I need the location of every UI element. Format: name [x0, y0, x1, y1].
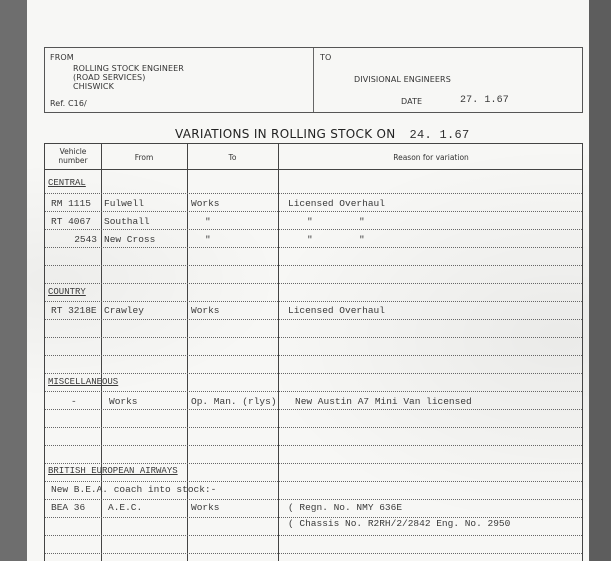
- from-cell: New Cross: [104, 234, 155, 245]
- row-rule: [45, 355, 582, 356]
- row-rule: [45, 301, 582, 302]
- memo-divider: [313, 48, 314, 112]
- header-from: From: [101, 153, 187, 162]
- date-label: DATE: [401, 97, 422, 106]
- row-rule: [45, 265, 582, 266]
- scan-edge: [589, 0, 611, 561]
- reason-ditto: ": [359, 234, 365, 245]
- from-cell: Southall: [104, 216, 150, 227]
- section-country: COUNTRY: [48, 287, 86, 297]
- reason-ditto: ": [359, 216, 365, 227]
- from-label: FROM: [50, 53, 74, 62]
- reason-cell: ( Regn. No. NMY 636E: [288, 502, 402, 513]
- row-rule: [45, 193, 582, 194]
- vehicle-cell: RT 4067: [51, 216, 91, 227]
- row-rule: [45, 481, 582, 482]
- from-cell: A.E.C.: [108, 502, 142, 513]
- to-cell: Works: [191, 198, 220, 209]
- row-rule: [45, 211, 582, 212]
- from-line-1: ROLLING STOCK ENGINEER: [73, 64, 184, 73]
- row-rule: [45, 283, 582, 284]
- reference: Ref. C16/: [50, 99, 87, 108]
- row-rule: [45, 391, 582, 392]
- reason-ditto: ": [307, 216, 313, 227]
- section-bea: BRITISH EUROPEAN AIRWAYS: [48, 466, 178, 476]
- to-cell: Works: [191, 502, 220, 513]
- to-cell: Op. Man. (rlys): [191, 396, 277, 407]
- to-label: TO: [320, 53, 331, 62]
- header-vehicle: Vehiclenumber: [45, 147, 101, 165]
- title-text: VARIATIONS IN ROLLING STOCK ON: [175, 127, 396, 141]
- row-rule: [45, 373, 582, 374]
- row-rule: [45, 499, 582, 500]
- header-to: To: [187, 153, 278, 162]
- to-cell: Works: [191, 305, 220, 316]
- page-title: VARIATIONS IN ROLLING STOCK ON24. 1.67: [175, 127, 470, 142]
- vehicle-cell: RM 1115: [51, 198, 91, 209]
- reason-cell: Licensed Overhaul: [288, 305, 385, 316]
- vehicle-cell: -: [71, 396, 77, 407]
- row-rule: [45, 463, 582, 464]
- to-cell: ": [205, 234, 211, 245]
- from-cell: Fulwell: [104, 198, 144, 209]
- row-rule: [45, 229, 582, 230]
- vehicle-cell: RT 3218E: [51, 305, 97, 316]
- note-cell: New B.E.A. coach into stock:-: [51, 484, 216, 495]
- to-cell: ": [205, 216, 211, 227]
- reason-cell: Licensed Overhaul: [288, 198, 385, 209]
- section-central: CENTRAL: [48, 178, 86, 188]
- reason-cell: ( Chassis No. R2RH/2/2842 Eng. No. 2950: [288, 518, 510, 529]
- row-rule: [45, 319, 582, 320]
- from-cell: Works: [109, 396, 138, 407]
- row-rule: [45, 553, 582, 554]
- title-date: 24. 1.67: [410, 128, 470, 142]
- section-miscellaneous: MISCELLANEOUS: [48, 377, 118, 387]
- variations-table: Vehiclenumber From To Reason for variati…: [44, 143, 583, 561]
- from-line-3: CHISWICK: [73, 82, 114, 91]
- from-cell: Crawley: [104, 305, 144, 316]
- row-rule: [45, 427, 582, 428]
- header-reason: Reason for variation: [278, 153, 584, 162]
- reason-cell: New Austin A7 Mini Van licensed: [295, 396, 472, 407]
- reason-ditto: ": [307, 234, 313, 245]
- date-value: 27. 1.67: [460, 95, 509, 106]
- row-rule: [45, 535, 582, 536]
- vehicle-cell: 2543: [45, 234, 97, 245]
- row-rule: [45, 445, 582, 446]
- row-rule: [45, 337, 582, 338]
- header-rule: [45, 169, 582, 170]
- memo-header: FROM ROLLING STOCK ENGINEER (ROAD SERVIC…: [44, 47, 583, 113]
- from-line-2: (ROAD SERVICES): [73, 73, 145, 82]
- row-rule: [45, 247, 582, 248]
- vehicle-cell: BEA 36: [51, 502, 85, 513]
- row-rule: [45, 409, 582, 410]
- to-recipient: DIVISIONAL ENGINEERS: [354, 75, 451, 84]
